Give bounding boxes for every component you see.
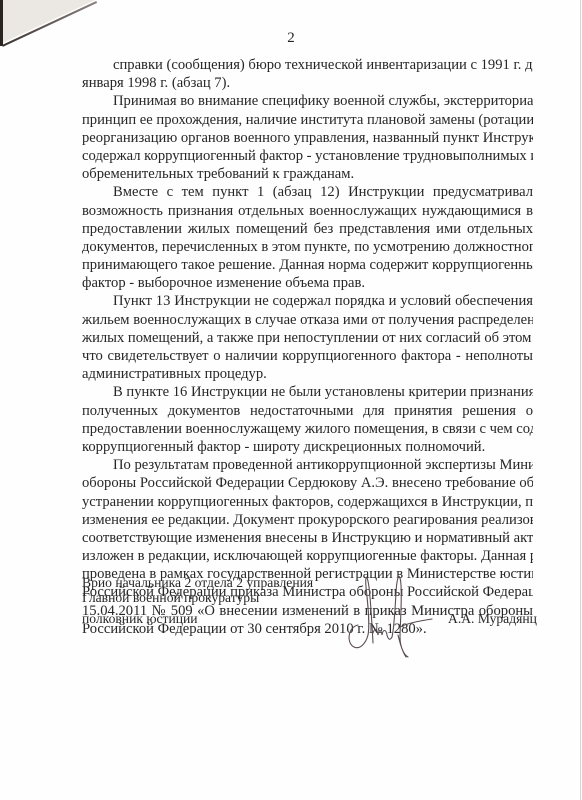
paragraph-5-line: коррупциогенный фактор - широту дискреци…	[82, 438, 533, 456]
paragraph-6-line: изложен в редакции, исключающей коррупци…	[82, 547, 533, 565]
paragraph-2-line: содержал коррупциогенный фактор - устано…	[82, 147, 533, 165]
paragraph-3-line: Вместе с тем пункт 1 (абзац 12) Инструкц…	[82, 183, 533, 201]
scan-right-edge	[580, 0, 581, 800]
paragraph-4-line: Пункт 13 Инструкции не содержал порядка …	[82, 292, 533, 310]
paragraph-3-line: принимающего такое решение. Данная норма…	[82, 256, 533, 274]
paragraph-6-line: соответствующие изменения внесены в Инст…	[82, 529, 533, 547]
signatory-position-line-2: Главной военной прокуратуры	[82, 590, 313, 605]
paragraph-1-line: января 1998 г. (абзац 7).	[82, 74, 533, 92]
paragraph-2-line: реорганизацию органов военного управлени…	[82, 129, 533, 147]
paragraph-4-line: жилых помещений, а также при непоступлен…	[82, 329, 533, 347]
paragraph-5-line: предоставлении военнослужащему жилого по…	[82, 420, 533, 438]
paragraph-3-line: фактор - выборочное изменение объема пра…	[82, 274, 533, 292]
signatory-name: А.А. Мурадянц	[448, 611, 537, 627]
handwritten-signature	[340, 565, 440, 660]
paragraph-2-line: обременительных требований к гражданам.	[82, 165, 533, 183]
paragraph-2-line: Принимая во внимание специфику военной с…	[82, 92, 533, 110]
paragraph-3-line: документов, перечисленных в этом пункте,…	[82, 238, 533, 256]
paragraph-6-line: По результатам проведенной антикоррупцио…	[82, 456, 533, 474]
paragraph-4-line: что свидетельствует о наличии коррупциог…	[82, 347, 533, 365]
paragraph-3-line: возможность признания отдельных военносл…	[82, 202, 533, 220]
paragraph-6-line: устранении коррупциогенных факторов, сод…	[82, 493, 533, 511]
page-number: 2	[0, 30, 582, 47]
paragraph-1-line: справки (сообщения) бюро технической инв…	[82, 56, 533, 74]
paragraph-3-line: предоставлении жилых помещений без предс…	[82, 220, 533, 238]
paragraph-6-line: изменения ее редакции. Документ прокурор…	[82, 511, 533, 529]
paragraph-4-line: административных процедур.	[82, 365, 533, 383]
document-body: справки (сообщения) бюро технической инв…	[82, 56, 533, 638]
paragraph-2-line: принцип ее прохождения, наличие институт…	[82, 111, 533, 129]
paragraph-4-line: жильем военнослужащих в случае отказа им…	[82, 311, 533, 329]
signatory-position: Врио начальника 2 отдела 2 управления Гл…	[82, 575, 313, 605]
paragraph-5-line: В пункте 16 Инструкции не были установле…	[82, 383, 533, 401]
paragraph-5-line: полученных документов недостаточными для…	[82, 402, 533, 420]
signatory-position-line-1: Врио начальника 2 отдела 2 управления	[82, 575, 313, 590]
paragraph-6-line: обороны Российской Федерации Сердюкову А…	[82, 474, 533, 492]
signatory-rank: полковник юстиции	[82, 611, 198, 627]
